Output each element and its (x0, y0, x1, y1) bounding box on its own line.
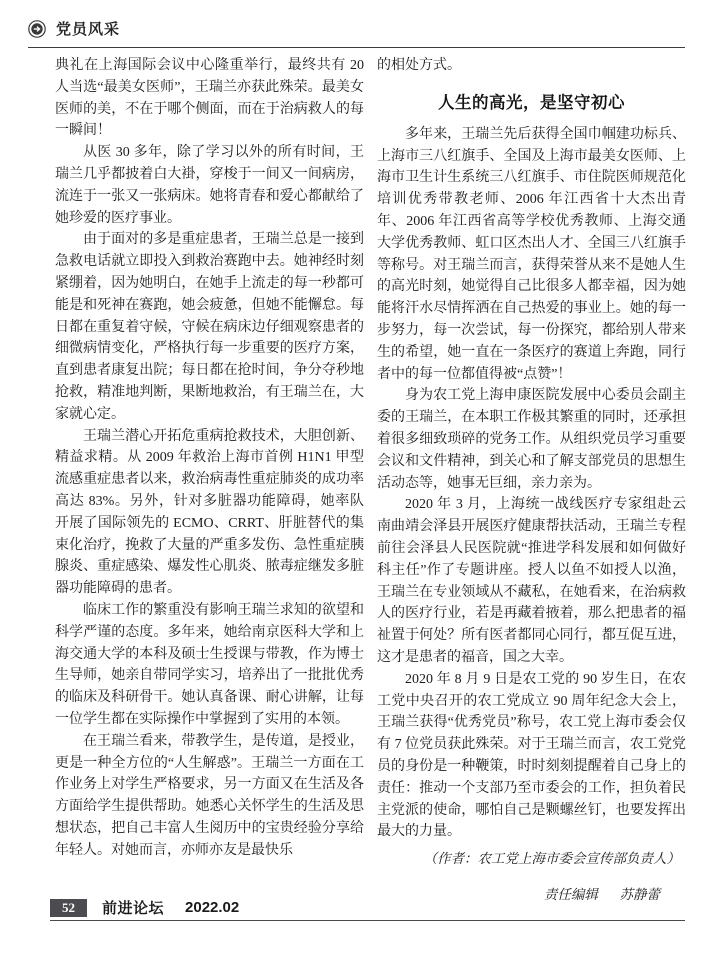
paragraph: 由于面对的多是重症患者，王瑞兰总是一接到急救电话就立即投入到救治赛跑中去。她神经… (55, 229, 364, 425)
circle-arrow-right-icon (28, 20, 46, 38)
paragraph-continuation: 的相处方式。 (377, 55, 686, 77)
page-header: 党员风采 (28, 18, 685, 48)
paragraph: 从医 30 多年，除了学习以外的所有时间，王瑞兰几乎都披着白大褂，穿梭于一间又一… (55, 142, 364, 229)
magazine-page: 党员风采 典礼在上海国际会议中心隆重举行，最终共有 20 人当选“最美女医师”，… (0, 0, 715, 959)
page-footer: 52 前进论坛 2022.02 (50, 897, 685, 921)
article-section-heading: 人生的高光，是坚守初心 (377, 89, 686, 113)
paragraph: 身为农工党上海申康医院发展中心委员会副主委的王瑞兰，在本职工作极其繁重的同时，还… (377, 385, 686, 494)
author-note: （作者：农工党上海市委会宣传部负责人） (377, 848, 686, 870)
paragraph: 王瑞兰潜心开拓危重病抢救技术，大胆创新、精益求精。从 2009 年救治上海市首例… (55, 426, 364, 600)
paragraph: 临床工作的繁重没有影响王瑞兰求知的欲望和科学严谨的态度。多年来，她给南京医科大学… (55, 600, 364, 731)
article-body: 典礼在上海国际会议中心隆重举行，最终共有 20 人当选“最美女医师”，王瑞兰亦获… (55, 55, 686, 906)
paragraph: 典礼在上海国际会议中心隆重举行，最终共有 20 人当选“最美女医师”，王瑞兰亦获… (55, 55, 364, 142)
left-column: 典礼在上海国际会议中心隆重举行，最终共有 20 人当选“最美女医师”，王瑞兰亦获… (55, 55, 364, 906)
paragraph: 在王瑞兰看来，带教学生，是传道，是授业，更是一种全方位的“人生解惑”。王瑞兰一方… (55, 731, 364, 862)
section-label: 党员风采 (56, 18, 120, 39)
paragraph: 多年来，王瑞兰先后获得全国巾帼建功标兵、上海市三八红旗手、全国及上海市最美女医师… (377, 124, 686, 386)
journal-name: 前进论坛 (102, 897, 164, 918)
page-number-badge: 52 (50, 899, 87, 917)
journal-issue: 2022.02 (185, 899, 239, 916)
paragraph: 2020 年 8 月 9 日是农工党的 90 岁生日，在农工党中央召开的农工党成… (377, 669, 686, 843)
paragraph: 2020 年 3 月，上海统一战线医疗专家组赴云南曲靖会泽县开展医疗健康帮扶活动… (377, 494, 686, 668)
right-column: 的相处方式。 人生的高光，是坚守初心 多年来，王瑞兰先后获得全国巾帼建功标兵、上… (377, 55, 686, 906)
